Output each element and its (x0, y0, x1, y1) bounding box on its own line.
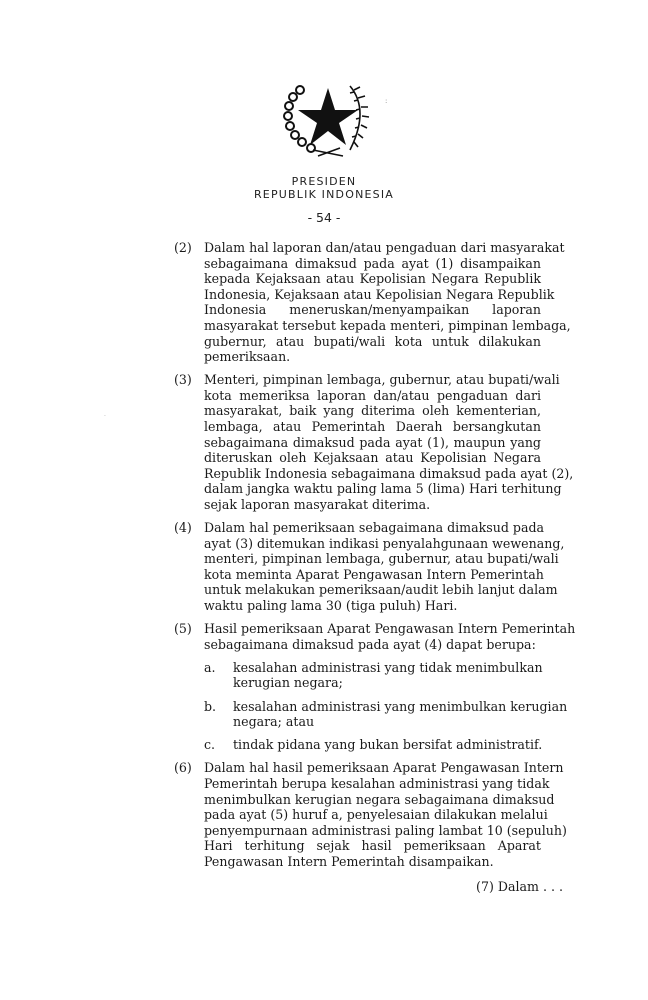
paragraph-line: menteri, pimpinan lembaga, gubernur, ata… (204, 551, 541, 567)
paragraph-line: Dalam hal hasil pemeriksaan Aparat Penga… (204, 760, 541, 776)
paragraph-line: kota meminta Aparat Pengawasan Intern Pe… (204, 567, 541, 583)
list-item: a.kesalahan administrasi yang tidak meni… (233, 660, 541, 691)
list-item-letter: b. (204, 699, 216, 715)
list-item-line: kesalahan administrasi yang menimbulkan … (233, 699, 541, 715)
paragraph-line: kota memeriksa laporan dan/atau pengadua… (204, 388, 541, 404)
paragraph-line: Hari terhitung sejak hasil pemeriksaan A… (204, 838, 541, 854)
paragraph-line: Dalam hal pemeriksaan sebagaimana dimaks… (204, 520, 541, 536)
paragraph: (2)Dalam hal laporan dan/atau pengaduan … (204, 240, 541, 365)
paragraph-line: dalam jangka waktu paling lama 5 (lima) … (204, 481, 541, 497)
paragraph-line: kepada Kejaksaan atau Kepolisian Negara … (204, 271, 541, 287)
scan-speck: : (385, 97, 387, 105)
paragraph-line: pemeriksaan. (204, 349, 541, 365)
document-body: (2)Dalam hal laporan dan/atau pengaduan … (0, 240, 648, 877)
page-number: - 54 - (0, 210, 648, 225)
paragraph-line: ayat (3) ditemukan indikasi penyalahguna… (204, 536, 541, 552)
list-item-line: kesalahan administrasi yang tidak menimb… (233, 660, 541, 676)
paragraph-line: untuk melakukan pemeriksaan/audit lebih … (204, 582, 541, 598)
list-item-line: negara; atau (233, 714, 541, 730)
paragraph-line: Pengawasan Intern Pemerintah disampaikan… (204, 854, 541, 870)
header-republic: REPUBLIK INDONESIA (0, 188, 648, 201)
list-item-line: kerugian negara; (233, 675, 541, 691)
paragraph-line: gubernur, atau bupati/wali kota untuk di… (204, 334, 541, 350)
paragraph-line: waktu paling lama 30 (tiga puluh) Hari. (204, 598, 541, 614)
paragraph: (5)Hasil pemeriksaan Aparat Pengawasan I… (204, 621, 541, 652)
header-president: PRESIDEN (0, 175, 648, 188)
paragraph-line: sejak laporan masyarakat diterima. (204, 497, 541, 513)
paragraph-number: (4) (174, 520, 192, 536)
paragraph-line: Indonesia, Kejaksaan atau Kepolisian Neg… (204, 287, 541, 303)
paragraph: (4)Dalam hal pemeriksaan sebagaimana dim… (204, 520, 541, 614)
paragraph-line: Hasil pemeriksaan Aparat Pengawasan Inte… (204, 621, 541, 637)
list-item-letter: a. (204, 660, 216, 676)
paragraph: (3)Menteri, pimpinan lembaga, gubernur, … (204, 372, 541, 512)
paragraph-line: masyarakat tersebut kepada menteri, pimp… (204, 318, 541, 334)
paragraph-line: sebagaimana dimaksud pada ayat (1) disam… (204, 256, 541, 272)
paragraph-number: (2) (174, 240, 192, 256)
paragraph-line: masyarakat, baik yang diterima oleh keme… (204, 403, 541, 419)
paragraph-line: sebagaimana dimaksud pada ayat (4) dapat… (204, 637, 541, 653)
paragraph-line: Menteri, pimpinan lembaga, gubernur, ata… (204, 372, 541, 388)
paragraph-number: (3) (174, 372, 192, 388)
paragraph-line: penyempurnaan administrasi paling lambat… (204, 823, 541, 839)
paragraph-line: Pemerintah berupa kesalahan administrasi… (204, 776, 541, 792)
continuation-marker: (7) Dalam . . . (476, 879, 563, 894)
paragraph-line: sebagaimana dimaksud pada ayat (1), maup… (204, 435, 541, 451)
list-item: b.kesalahan administrasi yang menimbulka… (233, 699, 541, 730)
paragraph-line: lembaga, atau Pemerintah Daerah bersangk… (204, 419, 541, 435)
paragraph-number: (5) (174, 621, 192, 637)
list-item: c.tindak pidana yang bukan bersifat admi… (233, 737, 541, 753)
paragraph-line: Republik Indonesia sebagaimana dimaksud … (204, 466, 541, 482)
garuda-star-emblem-icon (278, 80, 378, 160)
paragraph-line: pada ayat (5) huruf a, penyelesaian dila… (204, 807, 541, 823)
paragraph-number: (6) (174, 760, 192, 776)
list-item-line: tindak pidana yang bukan bersifat admini… (233, 737, 541, 753)
list-item-letter: c. (204, 737, 215, 753)
paragraph-line: Indonesia meneruskan/menyampaikan lapora… (204, 302, 541, 318)
paragraph: (6)Dalam hal hasil pemeriksaan Aparat Pe… (204, 760, 541, 869)
paragraph-line: menimbulkan kerugian negara sebagaimana … (204, 792, 541, 808)
paragraph-line: Dalam hal laporan dan/atau pengaduan dar… (204, 240, 541, 256)
paragraph-line: diteruskan oleh Kejaksaan atau Kepolisia… (204, 450, 541, 466)
